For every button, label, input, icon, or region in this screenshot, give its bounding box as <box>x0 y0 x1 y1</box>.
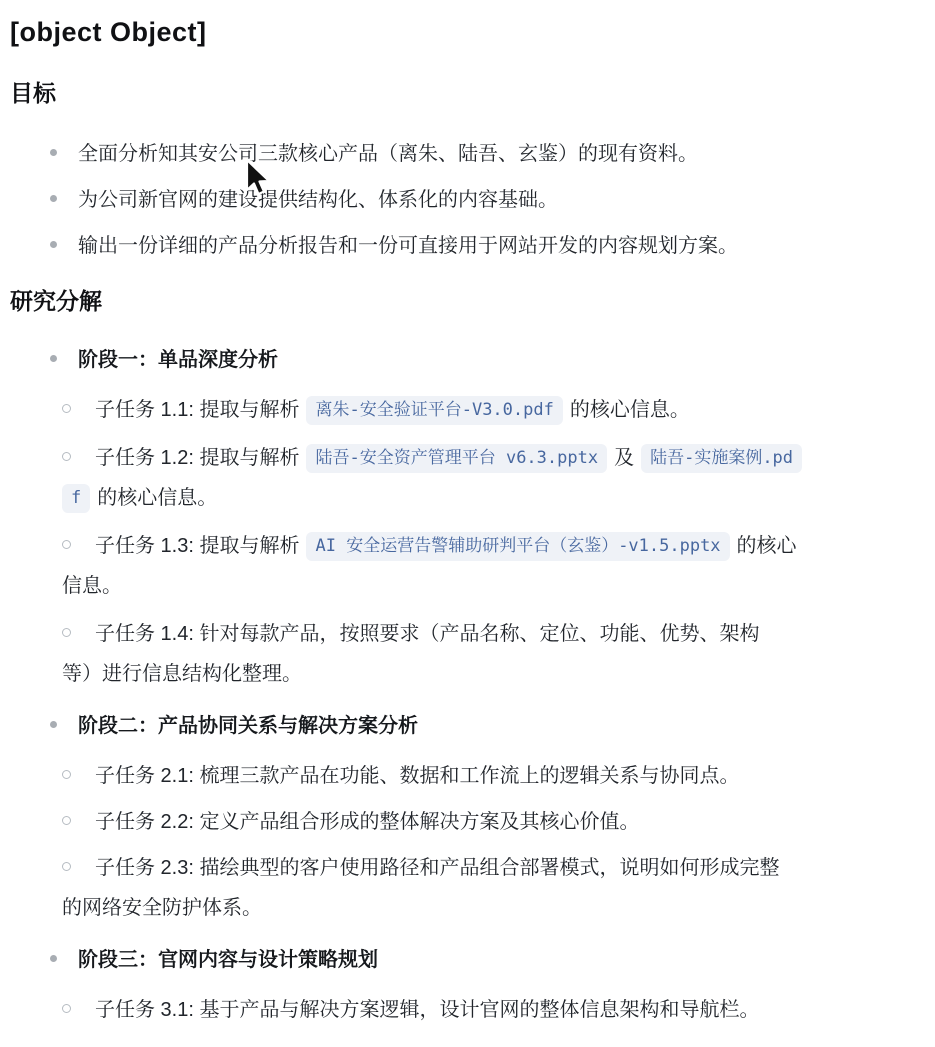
subtask-2-2: 子任务 2.2: 定义产品组合形成的整体解决方案及其核心价值。 <box>10 802 925 842</box>
phase-2-title: 阶段二：产品协同关系与解决方案分析 <box>10 706 925 746</box>
phase-title-text: 阶段三：官网内容与设计策略规划 <box>78 949 378 971</box>
subtask-text: 等）进行信息结构化整理。 <box>62 663 302 685</box>
subtask-1-3: 子任务 1.3: 提取与解析AI 安全运营告警辅助研判平台（玄鉴）-v1.5.p… <box>10 526 925 606</box>
bullet-circle-icon <box>62 540 71 549</box>
page-title: [object Object] <box>10 14 925 50</box>
subtask-text: 子任务 2.2: 定义产品组合形成的整体解决方案及其核心价值。 <box>95 811 639 833</box>
bullet-circle-icon <box>62 1004 71 1013</box>
subtask-text: 及 <box>614 447 634 469</box>
bullet-dot-icon <box>50 241 57 248</box>
subtask-text: 子任务 2.1: 梳理三款产品在功能、数据和工作流上的逻辑关系与协同点。 <box>95 765 739 787</box>
phase-3-title: 阶段三：官网内容与设计策略规划 <box>10 940 925 980</box>
subtask-text: 子任务 3.1: 基于产品与解决方案逻辑，设计官网的整体信息架构和导航栏。 <box>95 999 759 1021</box>
subtask-text: 子任务 1.4: 针对每款产品，按照要求（产品名称、定位、功能、优势、架构 <box>95 623 759 645</box>
file-chip-wrapped: f <box>62 484 90 513</box>
subtask-1-4: 子任务 1.4: 针对每款产品，按照要求（产品名称、定位、功能、优势、架构 等）… <box>10 614 925 694</box>
bullet-dot-icon <box>50 955 57 962</box>
subtask-text: 子任务 1.2: 提取与解析 <box>95 447 299 469</box>
subtask-text: 子任务 1.1: 提取与解析 <box>95 399 299 421</box>
bullet-circle-icon <box>62 452 71 461</box>
phase-title-text: 阶段一：单品深度分析 <box>78 349 278 371</box>
goal-item: 为公司新官网的建设提供结构化、体系化的内容基础。 <box>10 178 925 222</box>
bullet-circle-icon <box>62 404 71 413</box>
bullet-dot-icon <box>50 721 57 728</box>
subtask-1-2: 子任务 1.2: 提取与解析陆吾-安全资产管理平台 v6.3.pptx及陆吾-实… <box>10 438 925 518</box>
bullet-dot-icon <box>50 355 57 362</box>
file-chip: AI 安全运营告警辅助研判平台（玄鉴）-v1.5.pptx <box>306 532 729 561</box>
goals-heading: 目标 <box>10 76 925 110</box>
subtask-text: 的核心信息。 <box>97 487 217 509</box>
subtask-text: 的网络安全防护体系。 <box>62 897 262 919</box>
goal-item: 全面分析知其安公司三款核心产品（离朱、陆吾、玄鉴）的现有资料。 <box>10 132 925 176</box>
subtask-text: 的核心信息。 <box>570 399 690 421</box>
bullet-dot-icon <box>50 149 57 156</box>
subtask-text: 子任务 1.3: 提取与解析 <box>95 535 299 557</box>
subtask-1-1: 子任务 1.1: 提取与解析离朱-安全验证平台-V3.0.pdf的核心信息。 <box>10 390 925 430</box>
subtask-text: 的核心 <box>737 535 797 557</box>
goal-text: 输出一份详细的产品分析报告和一份可直接用于网站开发的内容规划方案。 <box>78 235 738 257</box>
phase-1-title: 阶段一：单品深度分析 <box>10 340 925 380</box>
subtask-text: 信息。 <box>62 575 122 597</box>
bullet-circle-icon <box>62 628 71 637</box>
file-chip: 离朱-安全验证平台-V3.0.pdf <box>306 396 562 425</box>
bullet-circle-icon <box>62 816 71 825</box>
goal-text: 全面分析知其安公司三款核心产品（离朱、陆吾、玄鉴）的现有资料。 <box>78 143 698 165</box>
subtask-text: 子任务 2.3: 描绘典型的客户使用路径和产品组合部署模式，说明如何形成完整 <box>95 857 779 879</box>
subtask-2-3: 子任务 2.3: 描绘典型的客户使用路径和产品组合部署模式，说明如何形成完整 的… <box>10 848 925 928</box>
goal-item: 输出一份详细的产品分析报告和一份可直接用于网站开发的内容规划方案。 <box>10 224 925 268</box>
subtask-3-1: 子任务 3.1: 基于产品与解决方案逻辑，设计官网的整体信息架构和导航栏。 <box>10 990 925 1030</box>
bullet-dot-icon <box>50 195 57 202</box>
document-page: [object Object] 目标 全面分析知其安公司三款核心产品（离朱、陆吾… <box>0 0 935 1030</box>
phase-title-text: 阶段二：产品协同关系与解决方案分析 <box>78 715 418 737</box>
bullet-circle-icon <box>62 862 71 871</box>
goal-text: 为公司新官网的建设提供结构化、体系化的内容基础。 <box>78 189 558 211</box>
breakdown-heading: 研究分解 <box>10 284 925 318</box>
file-chip: 陆吾-安全资产管理平台 v6.3.pptx <box>306 444 607 473</box>
subtask-2-1: 子任务 2.1: 梳理三款产品在功能、数据和工作流上的逻辑关系与协同点。 <box>10 756 925 796</box>
file-chip: 陆吾-实施案例.pd <box>641 444 802 473</box>
bullet-circle-icon <box>62 770 71 779</box>
